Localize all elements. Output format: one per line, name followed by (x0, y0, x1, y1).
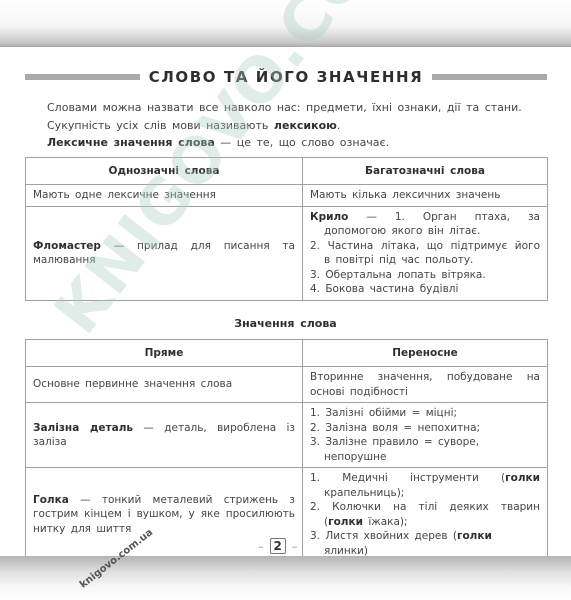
title-bar-left (25, 74, 140, 80)
table-row: Основне первинне значення слова Вторинне… (26, 367, 548, 403)
table-row: Мають одне лексичне значення Мають кільк… (26, 185, 548, 207)
cell-holka-figurative: 1. Медичні інструменти (голки крапельниц… (303, 468, 548, 562)
meaning-text: їжака); (363, 516, 408, 528)
subtitle-word-meaning: Значення слова (0, 317, 571, 330)
meaning-bold: голки (457, 530, 492, 542)
title-bar-right (432, 74, 547, 80)
term-krylo: Крило (310, 211, 348, 223)
meaning-bold: голки (328, 516, 363, 528)
book-page: СЛОВО ТА ЙОГО ЗНАЧЕННЯ Словами можна наз… (0, 47, 571, 556)
page-number: – 2 – (258, 538, 297, 554)
list-item: 1. Залізні обійми = міцні; (310, 406, 540, 421)
cell-figurative-def: Вторинне значення, побудоване на основі … (303, 367, 548, 403)
meaning-text: крапельниць); (324, 487, 404, 499)
meaning-text: 1. Орган птаха, за допомогою якого він л… (324, 211, 540, 238)
intro-line-2: Сукупність усіх слів мови називають лекс… (47, 117, 542, 135)
cell-zalizna-figurative: 1. Залізні обійми = міцні; 2. Залізна во… (303, 403, 548, 468)
page-top-shadow (0, 0, 571, 47)
intro-line-2-end: . (337, 119, 341, 132)
term-lexicon: лексикою (274, 119, 337, 132)
intro-text: Словами можна назвати все навколо нас: п… (47, 99, 542, 152)
krylo-meanings: Крило — 1. Орган птаха, за допомогою яко… (310, 210, 540, 297)
term-lexical-meaning: Лексичне значення слова (47, 136, 215, 149)
list-item: Крило — 1. Орган птаха, за допомогою яко… (310, 210, 540, 239)
list-item: 2. Частина літака, що підтримує його в п… (310, 239, 540, 268)
cell-example-flomaster: Фломастер — прилад для писання та малюва… (26, 206, 303, 300)
list-item: 4. Бокова частина будівлі (310, 282, 540, 297)
table-row: Залізна деталь — деталь, вироблена із за… (26, 403, 548, 468)
page-number-box: 2 (270, 538, 286, 554)
page-dash-left: – (258, 540, 264, 553)
list-item: 2. Залізна воля = непохитна; (310, 421, 540, 436)
meaning-text: 3. Листя хвойних дерев ( (310, 530, 457, 542)
section-title: СЛОВО ТА ЙОГО ЗНАЧЕННЯ (140, 68, 433, 86)
table-row: Фломастер — прилад для писання та малюва… (26, 206, 548, 300)
cell-monosemous-def: Мають одне лексичне значення (26, 185, 303, 207)
table-header-row: Пряме Переносне (26, 340, 548, 367)
holka-def: — тонкий металевий стрижень з гострим кі… (33, 494, 295, 535)
page-dash-right: – (292, 540, 298, 553)
meaning-text: 1. Медичні інструменти ( (310, 472, 505, 484)
header-figurative: Переносне (303, 340, 548, 367)
intro-line-2-text: Сукупність усіх слів мови називають (47, 119, 274, 132)
term-flomaster: Фломастер (33, 240, 101, 252)
intro-line-3-text: — це те, що слово означає. (215, 136, 389, 149)
list-item: 3. Обертальна лопать вітряка. (310, 268, 540, 283)
header-direct: Пряме (26, 340, 303, 367)
table-header-row: Однозначні слова Багатозначні слова (26, 158, 548, 185)
cell-polysemous-def: Мають кілька лексичних значень (303, 185, 548, 207)
cell-direct-def: Основне первинне значення слова (26, 367, 303, 403)
cell-example-zalizna: Залізна деталь — деталь, вироблена із за… (26, 403, 303, 468)
holka-meanings: 1. Медичні інструменти (голки крапельниц… (310, 471, 540, 558)
header-monosemous: Однозначні слова (26, 158, 303, 185)
list-item: 3. Залізне правило = суворе, непорушне (310, 435, 540, 464)
intro-line-1: Словами можна назвати все навколо нас: п… (47, 99, 542, 117)
term-holka: Голка (33, 494, 69, 506)
section-title-row: СЛОВО ТА ЙОГО ЗНАЧЕННЯ (25, 66, 547, 88)
list-item: 1. Медичні інструменти (голки крапельниц… (310, 471, 540, 500)
cell-example-krylo: Крило — 1. Орган птаха, за допомогою яко… (303, 206, 548, 300)
zalizna-meanings: 1. Залізні обійми = міцні; 2. Залізна во… (310, 406, 540, 464)
monosemy-polysemy-table: Однозначні слова Багатозначні слова Мают… (25, 157, 548, 301)
list-item: 2. Колючки на тілі деяких тварин (голки … (310, 500, 540, 529)
direct-figurative-table: Пряме Переносне Основне первинне значенн… (25, 339, 548, 562)
list-item: 3. Листя хвойних дерев (голки ялинки) (310, 529, 540, 558)
meaning-bold: голки (505, 472, 540, 484)
intro-line-3: Лексичне значення слова — це те, що слов… (47, 134, 542, 152)
header-polysemous: Багатозначні слова (303, 158, 548, 185)
term-zalizna-detal: Залізна деталь (33, 422, 133, 434)
meaning-text: ялинки) (324, 545, 368, 557)
